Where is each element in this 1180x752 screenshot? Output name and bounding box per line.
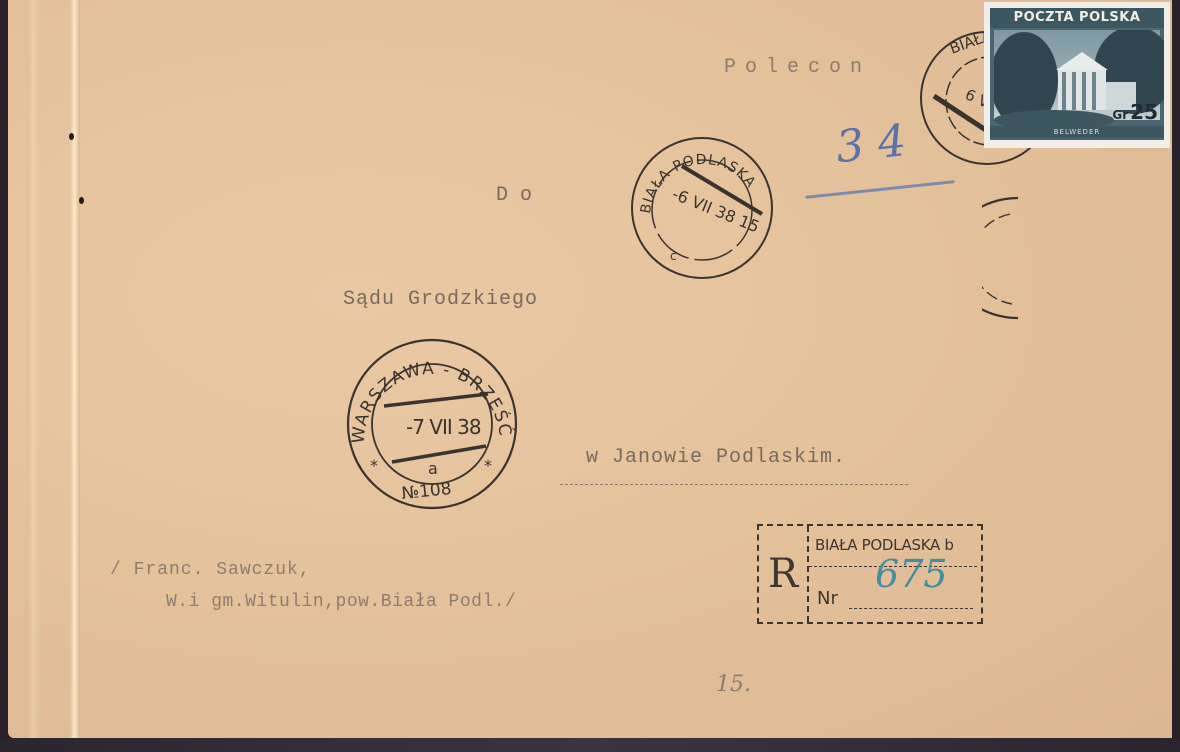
postmark-partial-edge (982, 196, 1022, 322)
svg-text:a: a (428, 459, 438, 478)
stamp-caption: BELWEDER (990, 126, 1164, 138)
address-underline (560, 484, 908, 485)
filing-hole (69, 133, 74, 140)
sender-line-1: / Franc. Sawczuk, (110, 560, 311, 580)
registration-number-line (849, 608, 973, 609)
svg-text:*: * (370, 456, 378, 475)
postmark-warszawa-brzesc: WARSZAWA - BRZEŚĆ * * №108 -7 VII 38 a (340, 336, 526, 512)
stamp-header: POCZTA POLSKA (990, 8, 1164, 28)
scan-background-strip (0, 738, 1180, 752)
sender-line-2: W.i gm.Witulin,pow.Biała Podl./ (166, 592, 516, 612)
stamp-denomination: 25 (1130, 100, 1158, 124)
registration-number: 675 (875, 552, 948, 596)
svg-text:c: c (670, 249, 677, 263)
stamp-currency: Gr (1112, 108, 1128, 122)
postmark-biala-mid: BIAŁA PODLASKA -6 VII 38 15 c (628, 132, 778, 282)
registration-letter: R (759, 526, 809, 622)
pencil-note: 15. (716, 672, 751, 697)
svg-text:№108: №108 (401, 479, 453, 504)
registration-nr-label: Nr (817, 588, 838, 609)
addressee: Sądu Grodzkiego (343, 288, 538, 311)
envelope-edge-crease (26, 0, 40, 738)
postage-stamp: POCZTA POLSKA Gr25 BELWEDER (984, 2, 1170, 148)
blue-pencil-number: 34 (834, 114, 923, 174)
to-prefix: Do (496, 184, 544, 207)
registration-label: R BIAŁA PODLASKA b Nr 675 (757, 524, 983, 624)
stamp-value: Gr25 (1112, 100, 1158, 124)
envelope-fold-line (70, 0, 80, 738)
svg-text:*: * (484, 456, 492, 475)
filing-hole (79, 197, 84, 204)
svg-text:-7 VII 38: -7 VII 38 (406, 415, 481, 439)
destination: w Janowie Podlaskim. (586, 446, 846, 469)
service-mark-polecony: Polecon (724, 56, 871, 79)
